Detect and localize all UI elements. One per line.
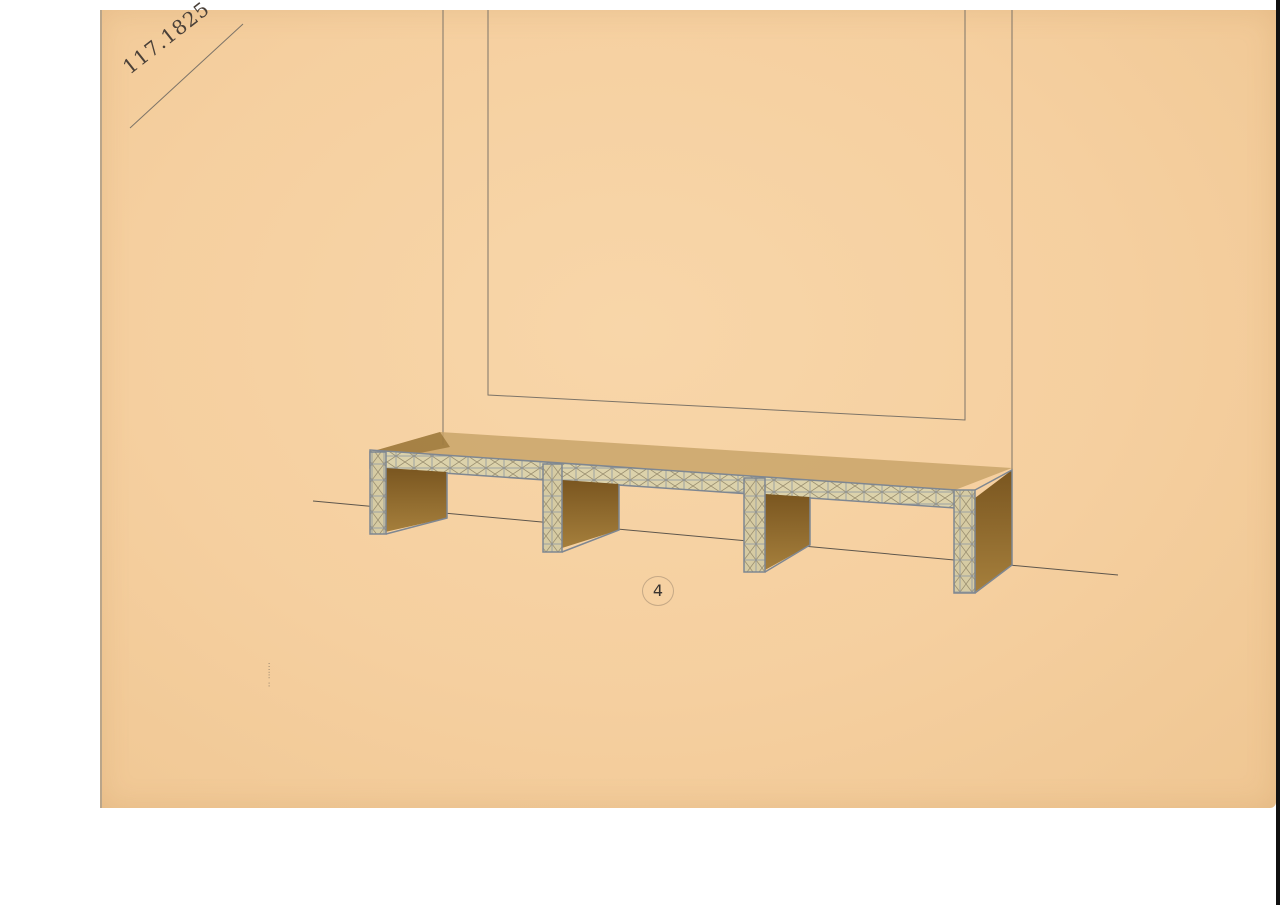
bench-drawing [0,0,1280,905]
wall-panel-lines [130,10,1012,470]
margin-stamp: ·· ······ [266,662,273,687]
plate-number: 4 [642,576,674,606]
